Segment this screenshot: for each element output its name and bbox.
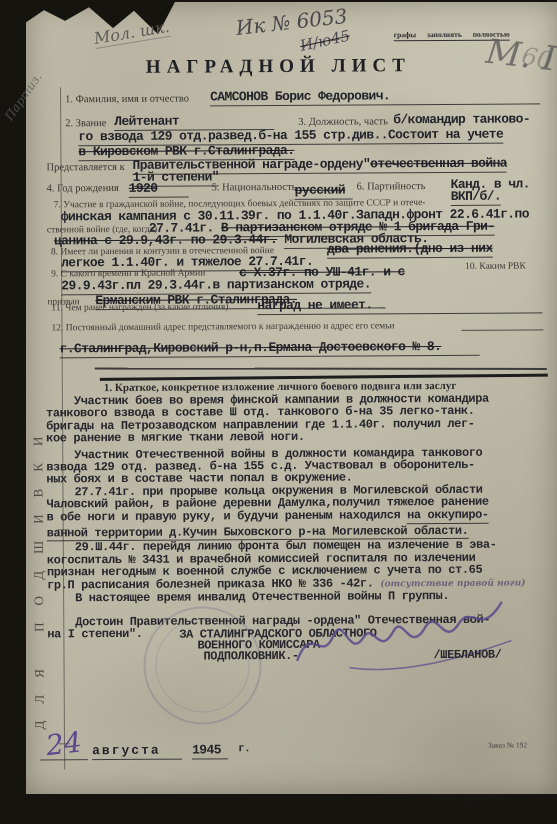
- field-12-blank-rule: [462, 329, 544, 331]
- field-11-value: наград не имеет.: [257, 296, 542, 315]
- field-1-value: САМСОНОВ Борис Федорович.: [210, 87, 540, 106]
- body-line-underlined: на оккупиро-: [407, 507, 489, 523]
- field-2-label: 2. Звание: [65, 118, 106, 129]
- field-5-value: русский: [295, 183, 353, 200]
- faint-pencil-mark: 60: [519, 42, 555, 76]
- field-11-label: 11. Чем ранее награжден (за какие отличи…: [51, 302, 228, 313]
- body-line-text: в обе ноги и правую руку, и будучи ранен…: [47, 508, 408, 524]
- print-order-note: Заказ № 192: [488, 740, 527, 749]
- handwritten-margin-note: (отсутствие правой ноги): [380, 578, 525, 589]
- field-4-label: 4. Год рождения: [47, 183, 119, 194]
- signature-name: /ШЕБЛАНОВ/: [433, 649, 501, 662]
- field-3-label: 3. Должность, часть: [298, 116, 388, 128]
- field-4-value: 1920: [129, 181, 189, 198]
- date-day-handwritten: 24: [44, 725, 83, 762]
- field-12-value: г.Сталинград,Кировский р-н,п.Ермана Дост…: [60, 339, 480, 359]
- field-12-label: 12. Постоянный домашний адрес представля…: [51, 321, 394, 333]
- filing-margin-caption: ДЛЯ ПОДШИВКИ: [28, 129, 48, 729]
- pencil-note: Мол. шк.: [93, 17, 171, 49]
- section-divider: [100, 374, 548, 381]
- body-line: кое ранение в мягкие ткани левой ноги.: [46, 430, 551, 445]
- field-3-value-1: б/командир танково-: [393, 111, 530, 127]
- field-6-label: 6. Партийность: [357, 181, 426, 192]
- field-1-label: 1. Фамилия, имя и отчество: [65, 94, 189, 106]
- presented-label: Представляется к: [46, 162, 124, 173]
- field-5-label: 5. Национальность: [212, 182, 297, 194]
- presented-value-struck: отечественная война: [370, 156, 507, 172]
- body-line: в обе ноги и правую руку, и будучи ранен…: [47, 508, 552, 523]
- date-day-rule: [40, 759, 88, 760]
- field-10-label: 10. Каким РВК: [465, 261, 526, 271]
- signature-line-3: ПОДПОЛКОВНИК.-: [203, 650, 298, 663]
- date-month: августа: [92, 743, 182, 761]
- document-title: НАГРАДНОЙ ЛИСТ: [146, 55, 411, 79]
- signature-ink: [289, 597, 519, 678]
- field-8-value-1: два ранения.(дно из них: [327, 241, 493, 259]
- date-year-suffix: г.: [238, 743, 250, 755]
- field-6-value-2: ВКП/б/.: [451, 189, 502, 206]
- corner-handwriting: Партиз.: [2, 70, 45, 123]
- blank-rule: [95, 368, 547, 370]
- date-year: 1945: [192, 742, 228, 759]
- scanned-document: ДЛЯ ПОДШИВКИ Партиз. Мол. шк. Ик № 6053 …: [0, 0, 557, 824]
